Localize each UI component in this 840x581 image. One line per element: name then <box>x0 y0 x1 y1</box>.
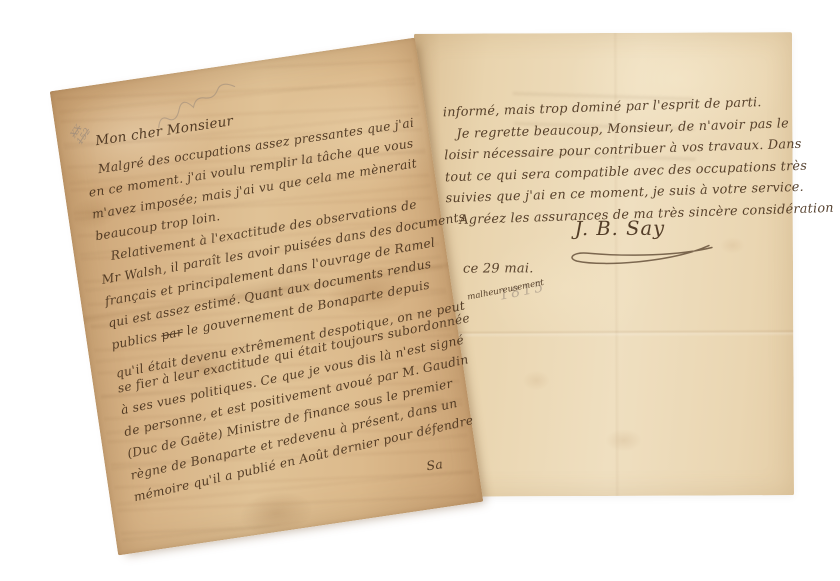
signature-flourish <box>563 242 715 269</box>
signature: J. B. Say <box>535 217 705 241</box>
manuscript-lines: Malgré des occupations assez pressantes … <box>84 111 470 509</box>
photo-background: XX 152 Mon cher Monsieur Malgré des occu… <box>0 0 840 581</box>
letter-page-left: XX 152 Mon cher Monsieur Malgré des occu… <box>50 38 484 556</box>
letter-body-left: Mon cher Monsieur Malgré des occupations… <box>80 86 469 508</box>
dateline: ce 29 mai. <box>463 261 534 276</box>
struck-word: par <box>160 325 184 343</box>
letter-body-right: informé, mais trop dominé par l'esprit d… <box>443 92 779 232</box>
catchword: Sa <box>425 456 444 473</box>
